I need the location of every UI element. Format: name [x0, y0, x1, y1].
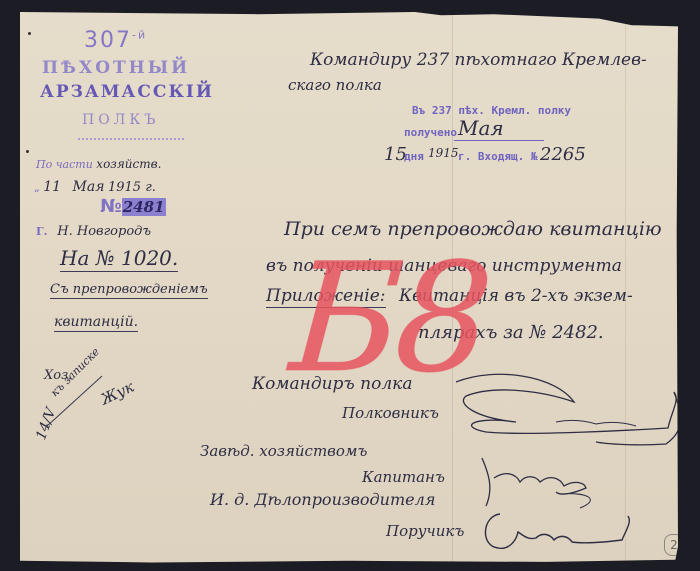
resolution-stroke: [40, 362, 120, 442]
punch-hole: [26, 150, 29, 153]
outgoing-number: №2481: [100, 196, 166, 217]
regiment-name: АРЗАМАССКІЙ: [40, 82, 214, 102]
regiment-type: ПѢХОТНЫЙ: [42, 58, 190, 78]
commander-rank: Полковникъ: [342, 404, 439, 422]
quartermaster-title: Завѣд. хозяйствомъ: [200, 442, 367, 460]
stamp-divider: [78, 138, 184, 140]
date-field: „ 11 Мая 1915 г.: [34, 179, 156, 195]
clerk-title: И. д. Дѣлопроизводителя: [210, 490, 435, 509]
receipt-line: [454, 140, 544, 141]
quartermaster-rank: Капитанъ: [362, 468, 445, 486]
department-field: По части хозяйств.: [36, 157, 161, 171]
commander-signature: [436, 370, 686, 450]
regiment-word: ПОЛКЪ: [82, 112, 159, 128]
punch-hole: [28, 32, 31, 35]
addressee-line-1: Командиру 237 пѣхотнаго Кремлев-: [310, 50, 647, 70]
page-number: 2: [664, 534, 684, 556]
receipt-received-label: получено: [404, 126, 457, 139]
addressee-line-2: скаго полка: [288, 76, 382, 94]
receipt-year: 1915: [428, 146, 459, 160]
city-field: Г. Н. Новгородъ: [36, 224, 151, 239]
incoming-number: 2265: [540, 144, 586, 165]
receipt-year-suffix: г. Входящ. №: [458, 150, 537, 163]
subject-line-1: Съ препровожденіемъ: [50, 282, 208, 299]
clerk-rank: Поручикъ: [386, 522, 464, 540]
receipt-month: Мая: [458, 116, 504, 140]
commander-title: Командиръ полка: [252, 374, 412, 394]
subject-line-2: квитанцій.: [54, 314, 138, 332]
clerk-signature: [476, 506, 656, 556]
reference-number: На № 1020.: [60, 246, 178, 272]
receipt-day-label: дня: [404, 150, 424, 163]
regiment-number: 307-й: [84, 28, 147, 53]
document-paper: 307-й ПѢХОТНЫЙ АРЗАМАССКІЙ ПОЛКЪ По част…: [20, 12, 678, 563]
